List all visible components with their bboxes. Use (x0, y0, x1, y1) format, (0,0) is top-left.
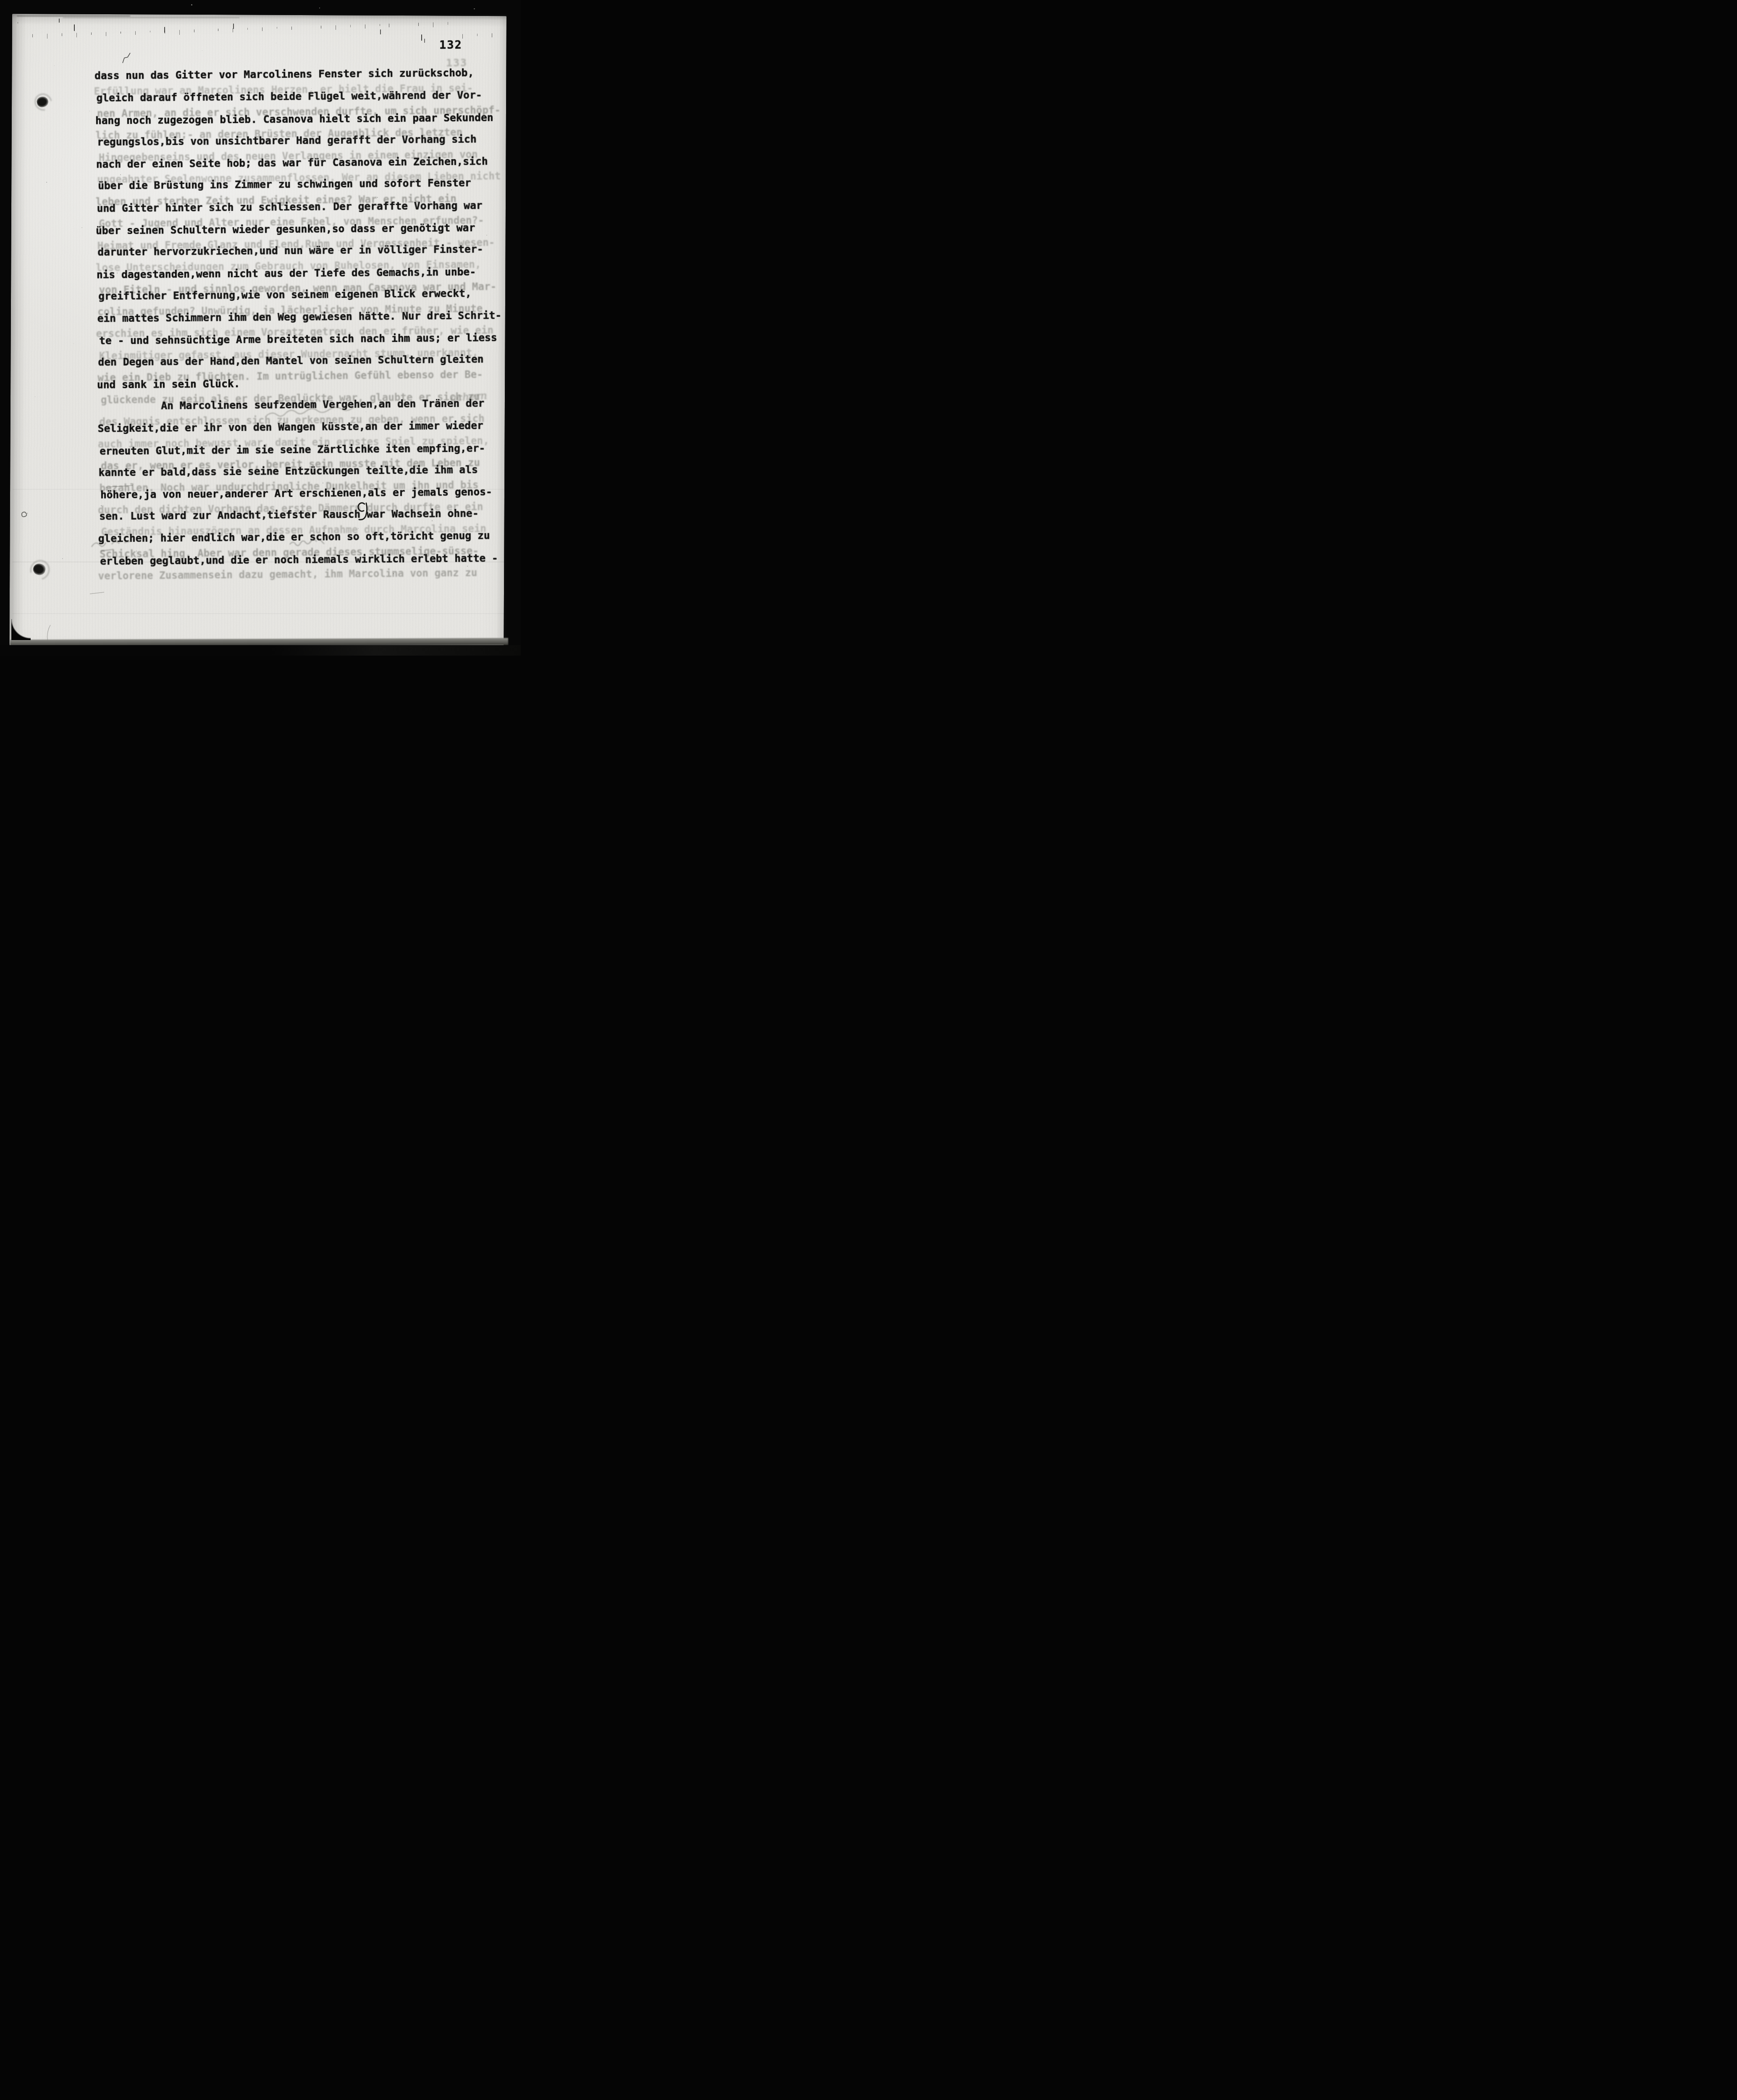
dust-speck (89, 111, 90, 111)
dust-speck (432, 520, 433, 521)
typed-line: gleichen; hier endlich war,die er schon … (98, 531, 490, 544)
scan-hairline (13, 613, 506, 614)
typed-line: und Gitter hinter sich zu schliessen. De… (97, 200, 483, 214)
dust-speck (494, 118, 495, 119)
dust-speck (257, 374, 257, 374)
dust-speck (424, 28, 424, 28)
dust-speck (73, 344, 74, 344)
dust-speck (377, 197, 378, 198)
dust-speck (54, 66, 55, 66)
dust-speck (303, 205, 304, 205)
scratch-tick (421, 34, 422, 41)
dust-speck (81, 227, 82, 228)
typed-line: nach der einen Seite hob; das war für Ca… (96, 157, 488, 170)
dust-speck (393, 573, 394, 574)
typed-line: dass nun das Gitter vor Marcolinens Fens… (94, 68, 474, 81)
dust-speck (358, 528, 359, 529)
scan-edge-artifact (63, 17, 239, 18)
typed-line: darunter hervorzukriechen,und nun wäre e… (97, 244, 483, 257)
dust-speck (120, 174, 121, 175)
dust-speck (249, 490, 249, 491)
dust-speck (163, 103, 164, 104)
scratch-tick (59, 18, 60, 23)
dust-speck (175, 498, 176, 499)
dust-speck (128, 58, 129, 58)
dust-speck (323, 483, 323, 483)
dust-speck (237, 96, 238, 96)
typed-line: hang noch zugezogen blieb. Casanova hiel… (95, 113, 493, 126)
typed-line: erneuten Glut,mit der im sie seine Zärtl… (100, 443, 485, 457)
dust-speck (451, 189, 452, 190)
dust-speck (467, 566, 468, 567)
typed-line: gleich darauf öffneten sich beide Flügel… (96, 90, 482, 104)
scan-edge-artifact (17, 16, 130, 16)
typed-line: te - und sehnsüchtige Arme breiteten sic… (99, 333, 497, 346)
dust-speck (486, 235, 487, 236)
dust-speck (331, 366, 331, 367)
dust-speck (385, 81, 386, 81)
dust-speck (117, 273, 118, 273)
scanner-band-speck (191, 4, 192, 5)
dust-speck (338, 250, 339, 251)
dust-speck (147, 336, 148, 336)
scanner-band-speck (474, 8, 475, 9)
dust-speck (27, 513, 28, 514)
dust-speck (276, 43, 276, 43)
page-number: 132 (439, 39, 462, 52)
dust-speck (191, 265, 192, 266)
typed-line: erleben geglaubt,und die er noch niemals… (100, 553, 498, 567)
dust-speck (284, 535, 285, 536)
scratch-tick (424, 39, 425, 43)
dust-speck (366, 412, 366, 412)
dust-speck (19, 20, 19, 21)
scratch-tick (233, 24, 234, 29)
dust-speck (155, 220, 156, 220)
dust-speck (404, 359, 405, 359)
dust-speck (109, 389, 109, 389)
typed-line: nis dagestanden,wenn nicht aus der Tiefe… (97, 267, 476, 280)
typed-line: kannte er bald,dass sie seine Entzückung… (98, 465, 478, 478)
dust-speck (46, 182, 47, 183)
dust-speck (350, 35, 350, 36)
scanner-band-speck (319, 8, 320, 8)
typed-line: greiflicher Entfernung,wie von seinem ei… (98, 288, 472, 302)
scratch-tick (380, 29, 381, 34)
dust-speck (412, 242, 413, 243)
dust-speck (101, 505, 102, 506)
dust-speck (210, 543, 211, 544)
typed-line: regungslos,bis von unsichtbarer Hand ger… (97, 134, 476, 147)
typed-line: den Degen aus der Hand,den Mantel von se… (98, 354, 483, 368)
typed-text-layer: dass nun das Gitter vor Marcolinens Fens… (0, 0, 521, 656)
dust-speck (311, 88, 312, 89)
typed-line: sen. Lust ward zur Andacht,tiefster Raus… (99, 508, 478, 522)
typed-line: An Marcolinens seufzendem Vergehen,an de… (99, 398, 484, 412)
dust-speck (478, 351, 479, 352)
typed-line: über die Brüstung ins Zimmer zu schwinge… (98, 178, 471, 192)
scan-hairline (13, 562, 506, 562)
scan-hairline (13, 489, 506, 490)
typed-line: über seinen Schultern wieder gesunken,so… (96, 223, 475, 236)
dust-speck (440, 404, 440, 404)
dust-speck (459, 73, 459, 73)
dust-speck (292, 419, 292, 420)
dust-speck (35, 396, 35, 397)
scanner-bottom-band (0, 645, 521, 656)
bleedthrough-page-number: 133 (446, 57, 467, 69)
dust-speck (62, 558, 63, 559)
typed-line: und sank in sein Glück. (97, 379, 240, 390)
dust-speck (183, 381, 183, 382)
typed-line: ein mattes Schimmern ihm den Weg gewiese… (97, 310, 502, 324)
dust-speck (202, 50, 202, 51)
dust-speck (229, 212, 230, 213)
paper-corner-shadow (11, 619, 31, 640)
scanned-document-viewport: Erfüllung war an Marcolinens Herzen, er … (0, 0, 521, 656)
typed-line: Seligkeit,die er ihr von den Wangen küss… (98, 421, 483, 434)
dust-speck (265, 257, 265, 258)
dust-speck (136, 551, 137, 551)
dust-speck (221, 328, 222, 329)
